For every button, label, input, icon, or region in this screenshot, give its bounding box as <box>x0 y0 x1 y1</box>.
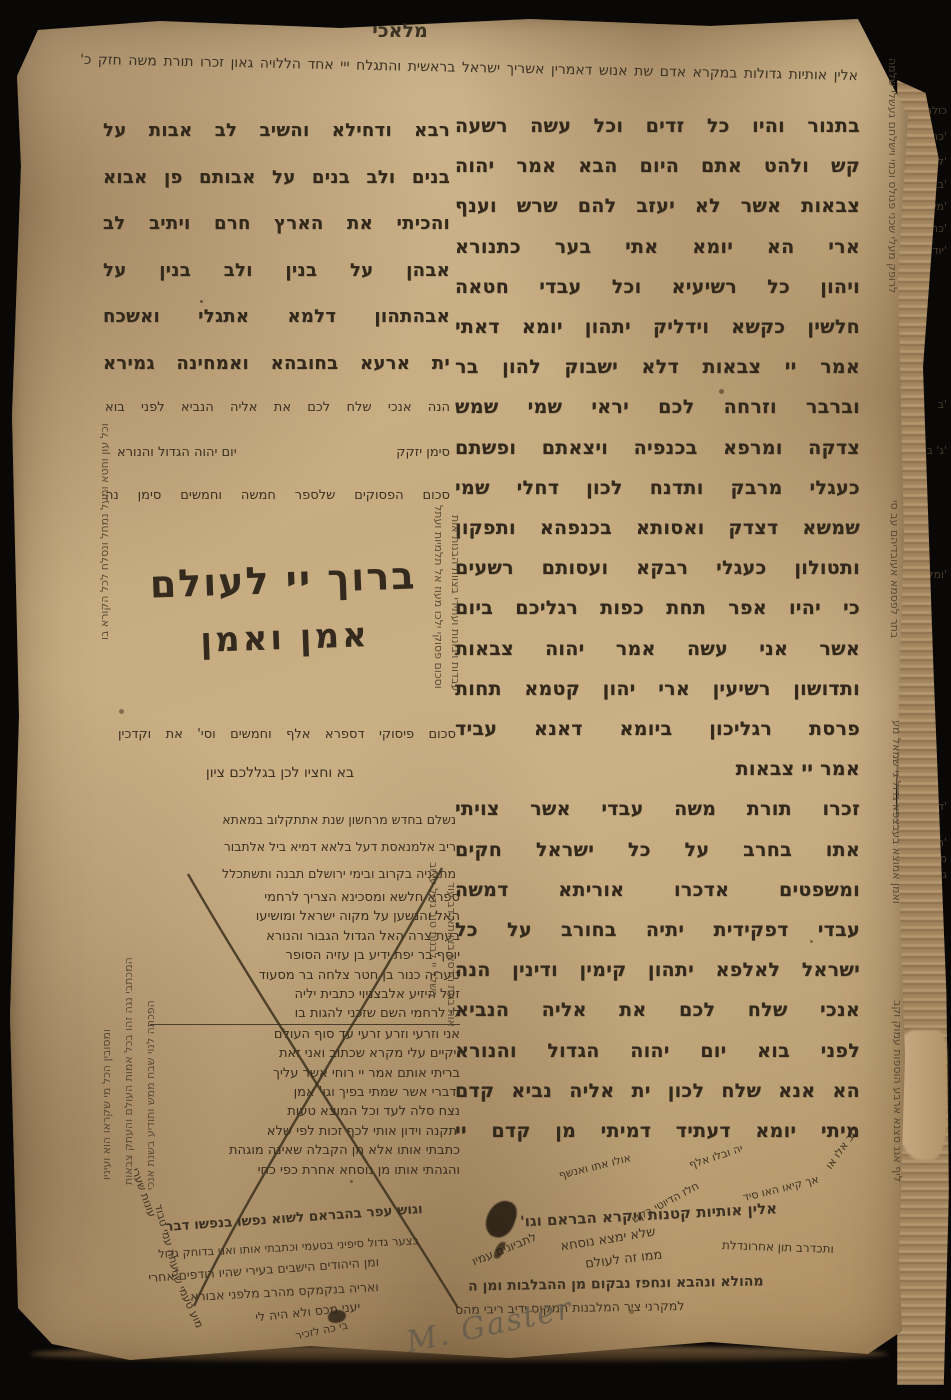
text-line: כעגלי מרבק ותדנח לכון דחלי שמי <box>455 468 860 508</box>
text-line: לפני בוא יום יהוה הגדול והנורא <box>455 1031 860 1071</box>
book-midpoint-note: בא וחציו לכן בגללכם ציון <box>150 765 410 781</box>
masorah-siglum: יוד' <box>933 244 948 257</box>
text-line: בריתי אותם אמר יי רוחי אשר עליך <box>150 1064 460 1083</box>
text-line: רבא ודחילא והשיב לב אבות על <box>103 108 450 155</box>
text-line: טעריה כנור בן חטר צלחה בר מסעוד <box>150 966 460 985</box>
text-line: ויהון כל רשיעיא וכל עבדי חטאה <box>455 267 860 307</box>
text-line: אתו בחרב על כל ישראל חקים <box>455 830 860 870</box>
text-line: ויקיים עלי מקרא שכתוב ואני זאת <box>150 1044 460 1063</box>
text-line: בנים ולב בנים על אבותם פן אבוא <box>103 155 450 202</box>
masorah-siglum: ד' <box>938 800 947 813</box>
margin-note-gutter: עבדות ויבונות ועתידי בצוות הבנות אות <box>449 515 462 691</box>
text-line: אשר אני עשה אמר יהוה צבאות <box>455 629 860 669</box>
margin-note-gutter: וסכום פסוקי ילכו מעוז אל תלמיות ועתל <box>432 505 445 689</box>
text-line: אנכי שלח לכם את אליה הנביא <box>455 990 860 1030</box>
siman-note: סימן יזקק <box>396 445 450 460</box>
text-line: חלשין כקשא וידליק יתהון יומא דאתי <box>455 307 860 347</box>
book-fore-edge <box>897 80 949 1385</box>
text-line: הא אנא שלח לכון ית אליה נביא קדם <box>455 1071 860 1111</box>
verse-end-row: יום יהוה הגדול והנורא סימן יזקק <box>105 445 450 460</box>
margin-note-right: ואמן אמוצא בעבצפא גדול גי שמאל מע <box>890 720 903 904</box>
text-line: כי יהיו אפר תחת כפות רגליכם ביום <box>455 588 860 628</box>
text-line: ית ארעא בחובהא ואמחינה גמירא <box>103 341 450 388</box>
text-line: לי לרחמי השם שזכני להגות בו <box>150 1004 460 1024</box>
text-line: יוסף בר יפת ידיע בן עזיה הסופר <box>150 946 460 965</box>
masorah-siglum: ב' <box>938 398 947 411</box>
text-line: ארי הא יומא אתי בער כתנורא <box>455 227 860 267</box>
text-line: ודברי אשר שמתי בפיך וגו' אמן <box>150 1083 460 1102</box>
text-line: עבדי דפקידית יתיה בחורב על כל <box>455 910 860 950</box>
text-line: אמר יי צבאות דלא ישבוק להון בר <box>455 347 860 387</box>
text-line: צבאות אשר לא יעזב להם שרש וענף <box>455 186 860 226</box>
text-line: נצח סלה לעד וכל המוצא טעות <box>150 1102 460 1121</box>
text-line: ותדושון רשיעין ארי יהון קטמא תחות <box>455 669 860 709</box>
targum-left-column: רבא ודחילא והשיב לב אבות עלבנים ולב בנים… <box>103 108 450 387</box>
text-line: יתקנה וידון אותי לכף זכות לפי שלא <box>150 1122 460 1141</box>
text-line: שמשא דצדק ואסותא בכנפהא ותפקון <box>455 508 860 548</box>
text-line: בעת צרה האל הגדול הגבור והנורא <box>150 927 460 946</box>
text-line: האל והנשען על מקוה ישראל ומושיעו <box>150 907 460 926</box>
text-line: צדקה ומרפא בכנפיה ויצאתם ופשתם <box>455 428 860 468</box>
text-line: אמר יי צבאות <box>455 749 860 789</box>
text-line: ומשפטים אדכרו אוריתא דמשה <box>455 870 860 910</box>
margin-note-left: וכל עון וחטא ומעל נמחל ונסלח לכל הקורא ב… <box>98 423 111 640</box>
text-line: אני וזרעי וזרע זרעי עד סוף העולם <box>150 1025 460 1044</box>
blessing-display: ברוך יי לעולם אמן ואמן <box>126 553 441 664</box>
text-line: זעל היזיע אלבצניוי כתבית יליה <box>150 985 460 1004</box>
text-line: אבהן על בנין ולב בנין על <box>103 248 450 295</box>
text-line: והכיתי את הארץ חרם ויתיב לב <box>103 201 450 248</box>
targum-right-column: בתנור והיו כל זדים וכל עשה רשעהקש ולהט א… <box>455 106 860 1151</box>
colophon-block: נשלם בחדש מרחשון שנת אתתקלוב במאתאריב אל… <box>148 806 456 887</box>
margin-note-left: הפכתה לנוי שבח ממש ותודיע בשנת אנכי <box>144 1000 157 1190</box>
margin-note-gutter: בשלל יי לבנות טוב גדול עצוב <box>427 862 440 997</box>
verse-count-note: סכום הפסוקים שלספר חמשה וחמשים סימן נה <box>105 488 450 503</box>
margin-note-gutter: אות בעת הדסא בצוותא דב עוד <box>445 882 458 1027</box>
margin-note-left: המכתבי נגה זהו בכל אמות העולם והעתק צבאו… <box>122 957 135 1185</box>
margin-note-right: ליף אגנ סצנא ארבע הוספות עמוק וקב <box>891 1000 904 1182</box>
margin-note-right: בתר לפסמא אעובדיהם עב סי <box>888 500 901 638</box>
text-line: זכרו תורת משה עבדי אשר צויתי <box>455 789 860 829</box>
manuscript-photo: מלאכי אלין אותיות גדולות במקרא אדם שת אנ… <box>0 0 951 1400</box>
text-line: ישראל לאלפא יתהון קימין ודינין הנה <box>455 950 860 990</box>
masorah-siglum: ג' ב' <box>927 444 947 457</box>
text-line: מתבניה בקרוב ובימי ירושלם תבנה ותשתכלל <box>148 860 456 887</box>
margin-note-right: לרופק מעלי שכני פגולס וכמי וישלחם געשלי … <box>886 58 899 293</box>
scribe-colophon: ספרא חלשא ומסכינא הצריך לרחמיהאל והנשען … <box>150 888 460 1180</box>
text-line: והגהתי אותו מן נוסחא אחרת כפי כחי <box>150 1161 460 1180</box>
verse-end: יום יהוה הגדול והנורא <box>117 445 237 460</box>
repeated-verse: הנה אנכי שלח לכם את אליה הנביא לפני בוא <box>105 400 450 415</box>
margin-note-left: ומסובין הכל מי שקראו הוא ועיניו <box>100 1029 113 1180</box>
text-line: מיתי יומא דעתיד דמיתי מן קדם יי <box>455 1111 860 1151</box>
text-line: ותטולון כעגלי רבקא ועסותם רשעים <box>455 548 860 588</box>
finis-block: הנה אנכי שלח לכם את אליה הנביא לפני בוא … <box>105 400 450 503</box>
text-line: ספרא חלשא ומסכינא הצריך לרחמי <box>150 888 460 907</box>
text-line: ריב אלמנאסת דעל בלאא דמיא ביל אלתבור <box>148 833 456 860</box>
text-line: כתבתי אותו אלא מן הקבלה שאינה מוגהת <box>150 1141 460 1160</box>
text-line: נשלם בחדש מרחשון שנת אתתקלוב במאתא <box>148 806 456 833</box>
page-title: מלאכי <box>340 20 460 42</box>
text-line: בתנור והיו כל זדים וכל עשה רשעה <box>455 106 860 146</box>
blessing-line-1: ברוך יי לעולם <box>126 553 439 608</box>
text-line: פרסת רגליכון ביומא דאנא עביד <box>455 709 860 749</box>
text-line: קש ולהט אתם היום הבא אמר יהוה <box>455 146 860 186</box>
text-line: וברבר וזרחה לכם יראי שמי שמש <box>455 387 860 427</box>
text-line: אבהתהון דלמא אתגלי ואשכח <box>103 294 450 341</box>
book-verse-total-note: סכום פיסוקי דספרא אלף וחמשים וסי' את וקד… <box>118 727 456 742</box>
